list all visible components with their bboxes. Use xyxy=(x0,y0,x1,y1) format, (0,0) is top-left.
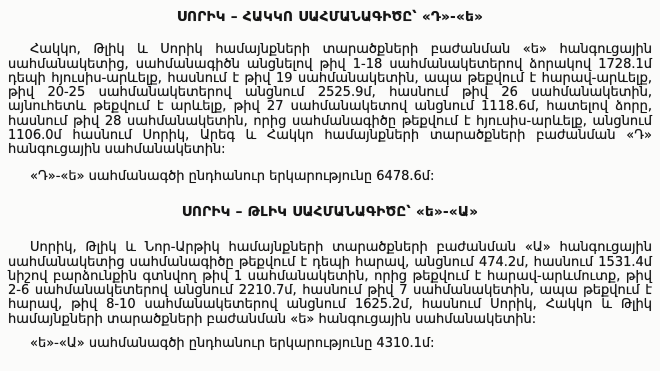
boundary-description-paragraph: Սորիկ, Թլիկ և Նոր-Արթիկ համայնքների տարա… xyxy=(8,241,652,327)
total-length-line: «Դ»-«ե» սահմանագծի ընդհանուր երկարությու… xyxy=(8,170,652,184)
section-title-sorik-hakko: ՍՈՐԻԿ – ՀԱԿԿՈ ՍԱՀՄԱՆԱԳԻԾԸ՝ «Դ»-«ե» xyxy=(8,10,652,24)
text-line: 1106.0մ հասնում Սորիկ, Արեգ և Հակկո համա… xyxy=(8,129,652,143)
section-title-sorik-tlik: ՍՈՐԻԿ – ԹԼԻԿ ՍԱՀՄԱՆԱԳԻԾԸ՝ «ե»-«Ա» xyxy=(8,205,652,219)
text-line: հարավ, թիվ 8-10 սահմանակետերով անցնում 1… xyxy=(8,298,652,312)
text-line: դեպի հյուսիս-արևելք, հասնում է թիվ 19 սա… xyxy=(8,72,652,86)
text-line: թիվ 20-25 սահմանակետերով անցնում 2525.9մ… xyxy=(8,86,652,100)
text-line: հանգուցային սահմանակետին: xyxy=(8,143,652,157)
text-line: նիշով բարձունքին գտնվող թիվ 1 սահմանակետ… xyxy=(8,270,652,284)
text-line: այնուհետև թեքվում է արևելք, թիվ 27 սահմա… xyxy=(8,100,652,114)
text-line: համայնքների տարածքների բաժանման «ե» հանգ… xyxy=(8,313,652,327)
boundary-section-e-a: ՍՈՐԻԿ – ԹԼԻԿ ՍԱՀՄԱՆԱԳԻԾԸ՝ «ե»-«Ա» Սորիկ,… xyxy=(8,205,652,351)
text-line: Սորիկ, Թլիկ և Նոր-Արթիկ համայնքների տարա… xyxy=(8,241,652,255)
text-line: հասնում թիվ 28 սահմանակետին, որից սահման… xyxy=(8,115,652,129)
scanned-document-page: ՍՈՐԻԿ – ՀԱԿԿՈ ՍԱՀՄԱՆԱԳԻԾԸ՝ «Դ»-«ե» Հակկո… xyxy=(0,0,660,371)
boundary-description-paragraph: Հակկո, Թլիկ և Սորիկ համայնքների տարածքնե… xyxy=(8,43,652,157)
text-line: սահմանակետից, սահմանագիծն անցնելով թիվ 1… xyxy=(8,58,652,72)
boundary-section-d-e: ՍՈՐԻԿ – ՀԱԿԿՈ ՍԱՀՄԱՆԱԳԻԾԸ՝ «Դ»-«ե» Հակկո… xyxy=(8,10,652,184)
text-line: 2-6 սահմանակետերով անցնում 2210.7մ, հասն… xyxy=(8,284,652,298)
text-line: սահմանակետից սահմանագիծը թեքվում է դեպի … xyxy=(8,256,652,270)
text-line: Հակկո, Թլիկ և Սորիկ համայնքների տարածքնե… xyxy=(8,43,652,57)
total-length-line: «ե»-«Ա» սահմանագծի ընդհանուր երկարությու… xyxy=(8,337,652,351)
